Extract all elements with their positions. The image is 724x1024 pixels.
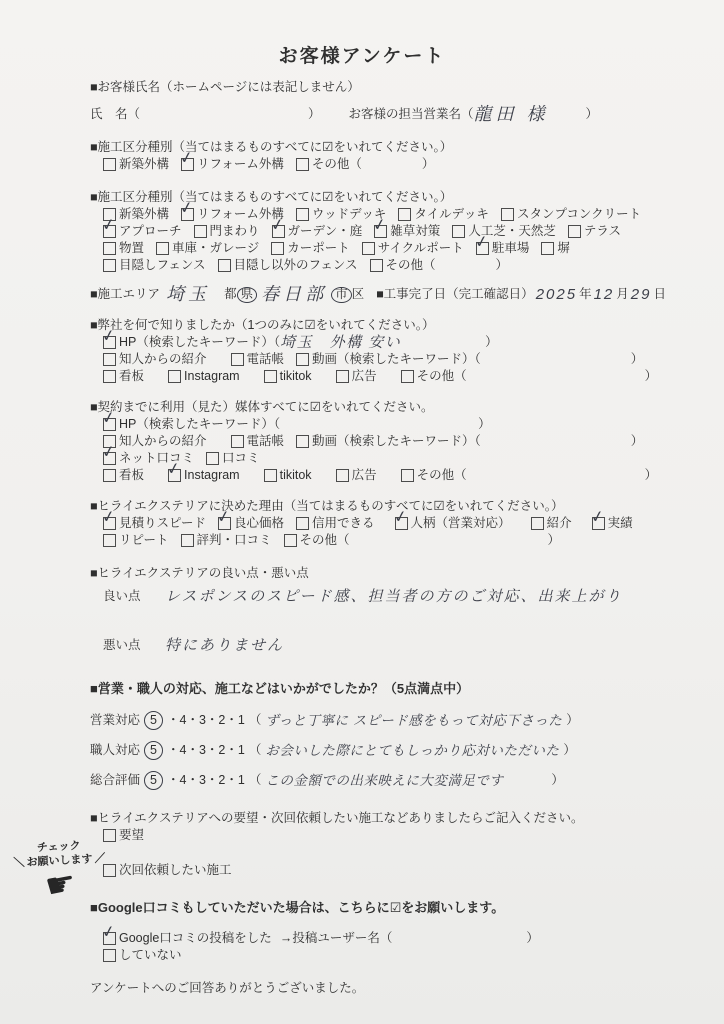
sales-close-paren: ） <box>586 106 599 123</box>
reason-row2: リピート 評判・口コミ その他（） <box>103 532 664 549</box>
checkbox-label: 実績 <box>608 515 633 532</box>
checkbox-item: Google口コミの投稿をした <box>103 930 272 947</box>
good-point-handwritten: レスポンスのスピード感、担当者の方のご対応、出来上がり <box>165 588 623 605</box>
checkbox-label: 目隠しフェンス <box>119 257 206 274</box>
checkbox-item: HP（検索したキーワード）（） <box>103 416 491 433</box>
checkbox-label: HP（検索したキーワード）（ <box>119 416 280 433</box>
checkbox-label: リピート <box>119 532 169 549</box>
checkbox-label: 広告 <box>352 368 377 385</box>
checkbox-item: 雑草対策 <box>374 223 440 240</box>
google-posted-row: Google口コミの投稿をした →投稿ユーザー名（ ） <box>103 930 664 947</box>
checkbox-label: tikitok <box>280 467 312 484</box>
rating-row-overall: 総合評価 5 ・4・3・2・1 （ この金額での出来映えに大変満足です ） <box>90 771 664 790</box>
checkbox <box>103 517 116 530</box>
page-title: お客様アンケート <box>90 48 634 65</box>
checkbox-item: 評判・口コミ <box>181 532 272 549</box>
close-paren: ） <box>563 742 576 759</box>
google-review-heading: ■Google口コミもしていただいた場合は、こちらに☑をお願いします。 <box>90 899 664 916</box>
checkbox <box>370 259 383 272</box>
construction-type2-row2: アプローチ 門まわり ガーデン・庭 雑草対策 人工芝・天然芝 テラス <box>103 223 664 240</box>
checkbox-item: 電話帳 <box>231 351 285 368</box>
rating-selected-circle: 5 <box>144 711 163 730</box>
checkbox-label: 目隠し以外のフェンス <box>234 257 358 274</box>
google-not-posted-row: していない <box>103 947 664 964</box>
checkbox-label: 塀 <box>557 240 570 257</box>
how-found-row2: 知人からの紹介 電話帳 動画（検索したキーワード）（） <box>103 351 664 368</box>
checkbox-item: 広告 <box>336 368 377 385</box>
media-row2: 知人からの紹介 電話帳 動画（検索したキーワード）（） <box>103 433 664 450</box>
checkbox-item: その他（） <box>296 156 435 173</box>
checkbox <box>401 370 414 383</box>
survey-scan-page: お客様アンケート ■お客様氏名（ホームページには表記しません） 氏 名（ ） お… <box>0 0 724 1024</box>
checkbox-item: 塀 <box>541 240 570 257</box>
checkbox-item: Instagram <box>168 467 240 484</box>
checkbox-label: 良心価格 <box>234 515 284 532</box>
checkbox-item: 広告 <box>336 467 377 484</box>
media-row3: ネット口コミ 口コミ <box>103 450 664 467</box>
checkbox <box>568 225 581 238</box>
construction-type2-row3: 物置 車庫・ガレージ カーポート サイクルポート 駐車場 塀 <box>103 240 664 257</box>
checkbox-label: 車庫・ガレージ <box>172 240 259 257</box>
checkbox-item: 知人からの紹介 <box>103 433 207 450</box>
pref-unit-to: 都 <box>224 286 237 303</box>
other-blank <box>350 540 548 541</box>
checkbox <box>103 534 116 547</box>
checkbox <box>206 452 219 465</box>
close-paren: ） <box>631 433 644 450</box>
checkbox-label: 電話帳 <box>247 351 285 368</box>
close-paren: ） <box>631 351 644 368</box>
checkbox <box>395 517 408 530</box>
checkbox-label: 知人からの紹介 <box>119 351 207 368</box>
checkbox-label: ネット口コミ <box>119 450 194 467</box>
checkbox-item: HP（検索したキーワード）（埼玉 外構 安い） <box>103 334 498 351</box>
checkbox <box>218 259 231 272</box>
rating-label: 営業対応 <box>90 712 140 729</box>
checkbox-label: アプローチ <box>119 223 182 240</box>
name-blank <box>140 114 308 115</box>
how-found-hp-row: HP（検索したキーワード）（埼玉 外構 安い） <box>103 334 664 351</box>
close-paren: ） <box>645 467 658 484</box>
checkbox <box>103 418 116 431</box>
checkbox-label: その他（ <box>386 257 436 274</box>
name-close-paren: ） <box>308 106 321 123</box>
checkbox <box>296 158 309 171</box>
checkbox-label: 物置 <box>119 240 144 257</box>
checkbox <box>218 517 231 530</box>
close-paren: ） <box>551 772 564 789</box>
checkbox <box>181 208 194 221</box>
close-paren: ） <box>645 368 658 385</box>
area-prefecture-handwritten: 埼玉 <box>166 286 218 303</box>
checkbox <box>271 242 284 255</box>
search-keyword-handwritten: 埼玉 外構 安い <box>280 334 485 351</box>
checkbox-label: 動画（検索したキーワード）（ <box>312 433 481 450</box>
open-paren: （ <box>249 772 262 789</box>
checkbox-item: 人柄（営業対応） <box>395 515 511 532</box>
checkbox-label: 口コミ <box>222 450 260 467</box>
checkbox <box>264 469 277 482</box>
checkbox-item: 物置 <box>103 240 144 257</box>
checkbox <box>103 452 116 465</box>
keyword-blank <box>481 441 631 442</box>
completion-month-handwritten: 12 <box>594 286 615 303</box>
close-paren: ） <box>496 257 509 274</box>
close-paren: ） <box>566 712 579 729</box>
checkbox-label: サイクルポート <box>378 240 464 257</box>
checkbox <box>181 158 194 171</box>
construction-type2-row4: 目隠しフェンス 目隠し以外のフェンス その他（） <box>103 257 664 274</box>
checkbox <box>103 336 116 349</box>
checkbox-item: その他（） <box>370 257 509 274</box>
rating-label: 職人対応 <box>90 742 140 759</box>
checkbox-item: その他（） <box>284 532 561 549</box>
checkbox <box>103 353 116 366</box>
requests-heading: ■ヒライエクステリアへの要望・次回依頼したい施工などありましたらご記入ください。 <box>90 810 664 827</box>
emphasis-slash-left: ＼ <box>13 856 25 871</box>
reason-row1: 見積りスピード 良心価格 信用できる 人柄（営業対応） 紹介 実績 <box>103 515 664 532</box>
comment-blank <box>507 780 547 781</box>
checkbox <box>398 208 411 221</box>
construction-type2-heading: ■施工区分種別（当てはまるものすべてに☑をいれてください。） <box>90 189 664 206</box>
checkbox-label: 人柄（営業対応） <box>411 515 511 532</box>
checkbox-item: 次回依頼したい施工 <box>103 862 232 879</box>
checkbox-label: 広告 <box>352 467 377 484</box>
rating-label: 総合評価 <box>90 772 140 789</box>
rating-comment-handwritten: お会いした際にとてもしっかり応対いただいた <box>265 742 559 759</box>
checkbox-item: アプローチ <box>103 223 182 240</box>
checkbox <box>231 353 244 366</box>
other-blank <box>436 265 496 266</box>
checkbox-label: 新築外構 <box>119 156 169 173</box>
open-paren: （ <box>249 742 262 759</box>
checkbox-item: 目隠し以外のフェンス <box>218 257 358 274</box>
checkbox <box>103 949 116 962</box>
rating-scale: ・4・3・2・1 <box>167 712 245 729</box>
closing-message: アンケートへのご回答ありがとうございました。 <box>90 980 664 997</box>
checkbox <box>156 242 169 255</box>
checkbox-item: 看板 <box>103 467 144 484</box>
checkbox-label: その他（ <box>312 156 362 173</box>
checkbox-item: 人工芝・天然芝 <box>452 223 556 240</box>
reason-heading: ■ヒライエクステリアに決めた理由（当てはまるものすべてに☑をいれてください。） <box>90 498 664 515</box>
checkbox <box>452 225 465 238</box>
checkbox-label: その他（ <box>300 532 350 549</box>
checkbox-label: 看板 <box>119 467 144 484</box>
checkbox <box>181 534 194 547</box>
request-item2-row: 次回依頼したい施工 <box>103 862 664 879</box>
checkbox-label: 駐車場 <box>492 240 530 257</box>
checkbox-item: 実績 <box>592 515 633 532</box>
customer-name-heading: ■お客様氏名（ホームページには表記しません） <box>90 79 664 96</box>
media-heading: ■契約までに利用（見た）媒体すべてに☑をいれてください。 <box>90 399 664 416</box>
bad-point-handwritten: 特にありません <box>165 637 284 654</box>
how-found-heading: ■弊社を何で知りましたか（1つのみに☑をいれてください。） <box>90 317 664 334</box>
how-found-row3: 看板 Instagram tikitok 広告 その他（） <box>103 368 664 385</box>
checkbox-label: 見積りスピード <box>119 515 206 532</box>
other-blank <box>362 164 422 165</box>
checkbox-label: 評判・口コミ <box>197 532 272 549</box>
checkbox <box>272 225 285 238</box>
media-hp-row: HP（検索したキーワード）（） <box>103 416 664 433</box>
checkbox <box>103 225 116 238</box>
checkbox-item: タイルデッキ <box>398 206 489 223</box>
checkbox-item: 口コミ <box>206 450 260 467</box>
checkbox <box>168 370 181 383</box>
day-unit: 日 <box>653 286 666 303</box>
checkbox <box>296 208 309 221</box>
good-point-label: 良い点 <box>103 588 165 605</box>
checkbox <box>592 517 605 530</box>
checkbox <box>103 469 116 482</box>
checkbox-item: Instagram <box>168 368 240 385</box>
ratings-heading: ■営業・職人の対応、施工などはいかがでしたか？（5点満点中） <box>90 680 664 697</box>
checkbox <box>103 158 116 171</box>
checkbox <box>168 469 181 482</box>
checkbox-label: その他（ <box>417 467 467 484</box>
pref-unit-ken-circled: 県 <box>237 287 258 303</box>
checkbox <box>476 242 489 255</box>
checkbox <box>194 225 207 238</box>
good-point-line: 良い点 レスポンスのスピード感、担当者の方のご対応、出来上がり <box>103 588 664 605</box>
checkbox-label: 要望 <box>119 827 144 844</box>
checkbox <box>284 534 297 547</box>
other-blank <box>467 475 645 476</box>
completion-date-label: ■工事完了日（完工確認日） <box>376 286 534 303</box>
checkbox <box>264 370 277 383</box>
checkbox-item: 知人からの紹介 <box>103 351 207 368</box>
rating-comment-handwritten: この金額での出来映えに大変満足です <box>265 772 503 789</box>
other-blank <box>467 376 645 377</box>
checkbox-label: 信用できる <box>312 515 375 532</box>
checkbox-label: 雑草対策 <box>390 223 440 240</box>
checkbox-item: リフォーム外構 <box>181 156 284 173</box>
checkbox-item: tikitok <box>264 368 312 385</box>
month-unit: 月 <box>616 286 629 303</box>
checkbox-label: 次回依頼したい施工 <box>119 862 232 879</box>
checkbox-label: ガーデン・庭 <box>288 223 363 240</box>
checkbox <box>336 370 349 383</box>
checkbox-label: スタンプコンクリート <box>517 206 641 223</box>
close-paren: ） <box>478 416 491 433</box>
checkbox-item: 車庫・ガレージ <box>156 240 259 257</box>
checkbox <box>336 469 349 482</box>
keyword-blank <box>481 359 631 360</box>
city-unit-ku: 区 <box>352 286 365 303</box>
checkbox-item: サイクルポート <box>362 240 464 257</box>
checkbox <box>103 370 116 383</box>
checkbox-label: HP（検索したキーワード）（ <box>119 334 280 351</box>
checkbox <box>374 225 387 238</box>
checkbox-item: 信用できる <box>296 515 375 532</box>
checkbox <box>103 242 116 255</box>
checkbox-item: 動画（検索したキーワード）（） <box>296 351 643 368</box>
keyword-blank <box>280 424 478 425</box>
checkbox-item: リピート <box>103 532 169 549</box>
checkbox-item: していない <box>103 947 182 964</box>
checkbox-label: テラス <box>584 223 621 240</box>
rating-scale: ・4・3・2・1 <box>167 742 245 759</box>
checkbox-item: テラス <box>568 223 621 240</box>
close-paren: ） <box>422 156 435 173</box>
checkbox-item: 看板 <box>103 368 144 385</box>
rating-comment-handwritten: ずっと丁寧に スピード感をもって対応下さった <box>265 712 562 729</box>
completion-year-handwritten: 2025 <box>536 286 577 303</box>
bad-point-line: 悪い点 特にありません <box>103 637 664 654</box>
checkbox-item: その他（） <box>401 368 658 385</box>
sales-name-label: お客様の担当営業名（ <box>349 106 474 123</box>
checkbox-label: 知人からの紹介 <box>119 433 207 450</box>
checkbox-label: tikitok <box>280 368 312 385</box>
rating-scale: ・4・3・2・1 <box>167 772 245 789</box>
close-paren: ） <box>548 532 561 549</box>
checkbox-item: 電話帳 <box>231 433 285 450</box>
request-item1-row: 要望 <box>103 827 664 844</box>
checkbox <box>296 517 309 530</box>
checkbox-label: していない <box>119 947 182 964</box>
construction-type1-heading: ■施工区分種別（当てはまるものすべてに☑をいれてください。） <box>90 139 664 156</box>
checkbox-item: その他（） <box>401 467 658 484</box>
checkbox-item: 良心価格 <box>218 515 284 532</box>
rating-row-craftsman: 職人対応 5 ・4・3・2・1 （ お会いした際にとてもしっかり応対いただいた … <box>90 741 664 760</box>
checkbox-label: Google口コミの投稿をした <box>119 930 272 947</box>
area-label: ■施工エリア <box>90 286 160 303</box>
checkbox <box>501 208 514 221</box>
check-please-annotation: チェック ＼ お願いします ／ ☛ <box>12 838 107 903</box>
checkbox <box>103 932 116 945</box>
checkbox <box>296 353 309 366</box>
area-city-handwritten: 春日部 <box>261 286 327 303</box>
checkbox-item: ガーデン・庭 <box>272 223 363 240</box>
checkbox-label: 電話帳 <box>247 433 285 450</box>
year-unit: 年 <box>579 286 592 303</box>
checkbox <box>103 259 116 272</box>
sales-name-handwritten: 龍田 様 <box>474 106 586 123</box>
checkbox-item: カーポート <box>271 240 350 257</box>
rating-selected-circle: 5 <box>144 741 163 760</box>
poster-username-blank <box>404 930 514 931</box>
checkbox-item: 駐車場 <box>476 240 530 257</box>
checkbox-label: 動画（検索したキーワード）（ <box>312 351 481 368</box>
checkbox-item: 目隠しフェンス <box>103 257 206 274</box>
media-row4: 看板 Instagram tikitok 広告 その他（） <box>103 467 664 484</box>
checkbox-label: その他（ <box>417 368 467 385</box>
checkbox-item: スタンプコンクリート <box>501 206 641 223</box>
completion-day-handwritten: 29 <box>631 286 652 303</box>
checkbox-item: 紹介 <box>531 515 572 532</box>
checkbox-item: 新築外構 <box>103 156 169 173</box>
checkbox-item: 見積りスピード <box>103 515 206 532</box>
checkbox-item: tikitok <box>264 467 312 484</box>
checkbox <box>362 242 375 255</box>
checkbox <box>401 469 414 482</box>
city-unit-shi-circled: 市 <box>331 287 352 303</box>
checkbox-label: 門まわり <box>210 223 260 240</box>
open-paren: （ <box>249 712 262 729</box>
checkbox-label: Instagram <box>184 467 240 484</box>
bad-point-label: 悪い点 <box>103 637 165 654</box>
goodbad-heading: ■ヒライエクステリアの良い点・悪い点 <box>90 565 664 582</box>
rating-selected-circle: 5 <box>144 771 163 790</box>
checkbox-item: 要望 <box>103 827 144 844</box>
close-paren: ） <box>485 334 498 351</box>
area-completion-line: ■施工エリア 埼玉 都県 春日部 市区 ■工事完了日（完工確認日） 2025年 … <box>90 286 664 303</box>
checkbox-item: 動画（検索したキーワード）（） <box>296 433 643 450</box>
checkbox-item: ネット口コミ <box>103 450 194 467</box>
checkbox-label: 看板 <box>119 368 144 385</box>
checkbox-item: リフォーム外構 <box>181 206 284 223</box>
close-paren: ） <box>526 930 539 947</box>
checkbox-label: 紹介 <box>547 515 572 532</box>
checkbox <box>541 242 554 255</box>
checkbox <box>103 829 116 842</box>
checkbox-item: 門まわり <box>194 223 260 240</box>
checkbox-label: タイルデッキ <box>414 206 489 223</box>
construction-type1-row: 新築外構 リフォーム外構 その他（） <box>103 156 664 173</box>
poster-username-label: →投稿ユーザー名（ <box>280 930 393 947</box>
checkbox-label: Instagram <box>184 368 240 385</box>
rating-row-sales: 営業対応 5 ・4・3・2・1 （ ずっと丁寧に スピード感をもって対応下さった… <box>90 711 664 730</box>
checkbox-label: 新築外構 <box>119 206 169 223</box>
checkbox <box>531 517 544 530</box>
checkbox <box>296 435 309 448</box>
checkbox-label: カーポート <box>287 240 350 257</box>
name-label: 氏 名（ <box>90 106 140 123</box>
checkbox <box>231 435 244 448</box>
customer-name-line: 氏 名（ ） お客様の担当営業名（ 龍田 様 ） <box>90 106 664 123</box>
checkbox-label: リフォーム外構 <box>197 156 284 173</box>
